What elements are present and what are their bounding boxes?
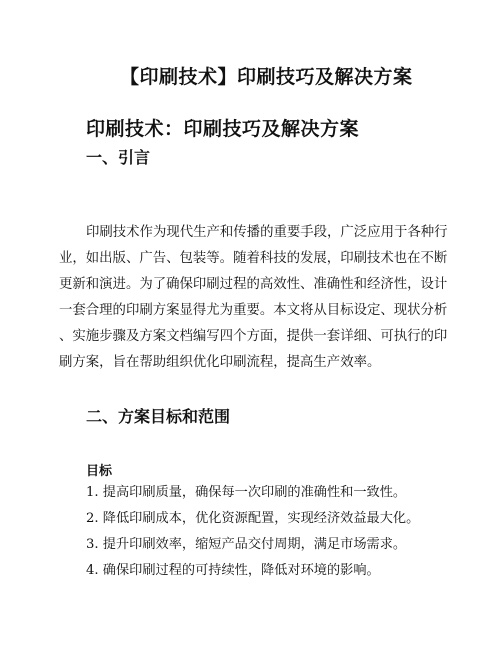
list-item: 1. 提高印刷质量，确保每一次印刷的准确性和一致性。 — [86, 480, 419, 506]
document-page: 【印刷技术】印刷技巧及解决方案 印刷技术：印刷技巧及解决方案 一、引言 印刷技术… — [0, 0, 500, 647]
section-heading-introduction: 一、引言 — [86, 145, 150, 168]
document-subtitle: 印刷技术：印刷技巧及解决方案 — [86, 114, 359, 141]
document-title: 【印刷技术】印刷技巧及解决方案 — [120, 62, 413, 89]
paragraph-line: 业，如出版、广告、包装等。随着科技的发展，印刷技术也在不断 — [59, 246, 437, 272]
paragraph-line: 更新和演进。为了确保印刷过程的高效性、准确性和经济性，设计 — [59, 272, 437, 298]
list-item: 3. 提升印刷效率，缩短产品交付周期，满足市场需求。 — [86, 532, 419, 558]
subheading-goals: 目标 — [86, 460, 112, 479]
paragraph-line: 一套合理的印刷方案显得尤为重要。本文将从目标设定、现状分析 — [59, 298, 437, 324]
paragraph-line: 、实施步骤及方案文档编写四个方面，提供一套详细、可执行的印 — [59, 324, 437, 350]
section-heading-goals-scope: 二、方案目标和范围 — [86, 404, 230, 427]
paragraph-line: 刷方案，旨在帮助组织优化印刷流程，提高生产效率。 — [59, 350, 437, 376]
list-item: 2. 降低印刷成本，优化资源配置，实现经济效益最大化。 — [86, 506, 419, 532]
list-item: 4. 确保印刷过程的可持续性，降低对环境的影响。 — [86, 558, 419, 584]
paragraph-line: 印刷技术作为现代生产和传播的重要手段，广泛应用于各种行 — [59, 220, 437, 246]
introduction-paragraph: 印刷技术作为现代生产和传播的重要手段，广泛应用于各种行 业，如出版、广告、包装等… — [59, 220, 437, 376]
goals-list: 1. 提高印刷质量，确保每一次印刷的准确性和一致性。 2. 降低印刷成本，优化资… — [86, 480, 419, 584]
